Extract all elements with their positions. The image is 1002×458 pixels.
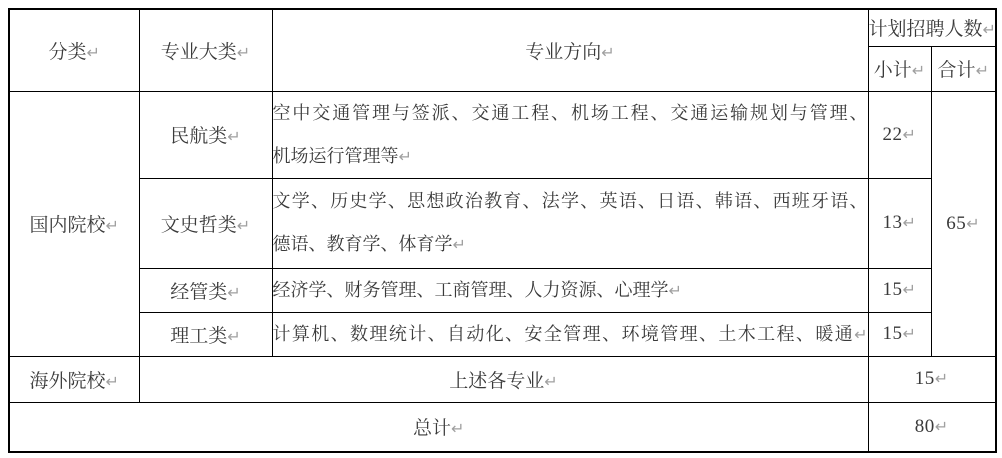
end-of-cell-mark: ↵	[601, 43, 614, 62]
end-of-cell-mark: ↵	[399, 147, 412, 166]
end-of-cell-mark: ↵	[935, 417, 949, 436]
direction-text: 机场运行管理等	[273, 146, 399, 166]
end-of-cell-mark: ↵	[903, 280, 917, 299]
overseas-direction-label: 上述各专业	[449, 371, 544, 392]
cell-subtotal-sci-engineering: 15↵	[868, 312, 931, 356]
end-of-cell-mark: ↵	[237, 43, 250, 62]
cell-directions-civil-aviation: 空中交通管理与签派、交通工程、机场工程、交通运输规划与管理、 机场运行管理等↵	[272, 91, 868, 178]
overseas-headcount-value: 15	[915, 368, 935, 389]
end-of-cell-mark: ↵	[453, 235, 466, 254]
header-cell-subtotal: 小计↵	[868, 46, 931, 91]
header-subtotal-label: 小计	[874, 60, 912, 81]
end-of-cell-mark: ↵	[912, 61, 925, 80]
direction-line: 计算机、数理统计、自动化、安全管理、环境管理、土木工程、暖通↵	[273, 313, 868, 356]
end-of-cell-mark: ↵	[87, 43, 100, 62]
cell-directions-econ-management: 经济学、财务管理、工商管理、人力资源、心理学↵	[272, 268, 868, 312]
header-cell-category: 分类↵	[9, 9, 139, 91]
table-row-econ-management: 经管类↵ 经济学、财务管理、工商管理、人力资源、心理学↵ 15↵	[9, 268, 996, 312]
document-page: 分类↵ 专业大类↵ 专业方向↵ 计划招聘人数↵ 小计↵ 合计↵ 国内院校	[0, 8, 1002, 458]
end-of-cell-mark: ↵	[966, 214, 980, 233]
recruitment-plan-table: 分类↵ 专业大类↵ 专业方向↵ 计划招聘人数↵ 小计↵ 合计↵ 国内院校	[8, 8, 997, 453]
cell-group-sci-engineering: 理工类↵	[139, 312, 272, 356]
header-planned-headcount-label: 计划招聘人数	[869, 19, 983, 40]
group-label: 文史哲类	[161, 215, 237, 236]
end-of-cell-mark: ↵	[227, 327, 240, 346]
header-row-top: 分类↵ 专业大类↵ 专业方向↵ 计划招聘人数↵	[9, 9, 996, 46]
end-of-cell-mark: ↵	[983, 20, 996, 39]
direction-line: 空中交通管理与签派、交通工程、机场工程、交通运输规划与管理、	[273, 92, 868, 135]
table-row-sci-engineering: 理工类↵ 计算机、数理统计、自动化、安全管理、环境管理、土木工程、暖通↵ 15↵	[9, 312, 996, 356]
direction-text: 德语、教育学、体育学	[273, 234, 453, 254]
end-of-cell-mark: ↵	[106, 216, 119, 235]
direction-line: 机场运行管理等↵	[273, 135, 868, 178]
direction-text: 经济学、财务管理、工商管理、人力资源、心理学	[273, 280, 669, 300]
cell-subtotal-civil-aviation: 22↵	[868, 91, 931, 178]
end-of-cell-mark: ↵	[451, 419, 464, 438]
group-label: 民航类	[170, 126, 227, 147]
end-of-cell-mark: ↵	[976, 61, 989, 80]
grand-total-value: 80	[915, 416, 935, 437]
end-of-cell-mark: ↵	[227, 283, 240, 302]
direction-line: 经济学、财务管理、工商管理、人力资源、心理学↵	[273, 269, 868, 312]
direction-line: 文学、历史学、思想政治教育、法学、英语、日语、韩语、西班牙语、	[273, 180, 868, 223]
end-of-cell-mark: ↵	[935, 369, 949, 388]
direction-text: 计算机、数理统计、自动化、安全管理、环境管理、土木工程、暖通	[273, 324, 855, 344]
subtotal-value: 15	[883, 323, 903, 344]
cell-group-civil-aviation: 民航类↵	[139, 91, 272, 178]
cell-group-econ-management: 经管类↵	[139, 268, 272, 312]
table-row-grand-total: 总计↵ 80↵	[9, 402, 996, 452]
cell-directions-humanities: 文学、历史学、思想政治教育、法学、英语、日语、韩语、西班牙语、 德语、教育学、体…	[272, 178, 868, 268]
subtotal-value: 13	[883, 212, 903, 233]
end-of-cell-mark: ↵	[854, 325, 867, 344]
header-total-label: 合计	[938, 60, 976, 81]
subtotal-value: 22	[883, 124, 903, 145]
end-of-cell-mark: ↵	[237, 216, 250, 235]
direction-text: 空中交通管理与签派、交通工程、机场工程、交通运输规划与管理、	[273, 103, 868, 123]
group-label: 经管类	[170, 282, 227, 303]
cell-group-humanities: 文史哲类↵	[139, 178, 272, 268]
header-cell-major-group: 专业大类↵	[139, 9, 272, 91]
header-cell-major-direction: 专业方向↵	[272, 9, 868, 91]
cell-grand-total-headcount: 80↵	[868, 402, 996, 452]
domestic-category-label: 国内院校	[30, 215, 106, 236]
table-row-humanities: 文史哲类↵ 文学、历史学、思想政治教育、法学、英语、日语、韩语、西班牙语、 德语…	[9, 178, 996, 268]
cell-grand-total-label: 总计↵	[9, 402, 868, 452]
header-cell-total: 合计↵	[931, 46, 996, 91]
cell-overseas-headcount: 15↵	[868, 356, 996, 402]
subtotal-value: 15	[883, 279, 903, 300]
direction-text: 文学、历史学、思想政治教育、法学、英语、日语、韩语、西班牙语、	[273, 191, 868, 211]
table-row-civil-aviation: 国内院校↵ 民航类↵ 空中交通管理与签派、交通工程、机场工程、交通运输规划与管理…	[9, 91, 996, 178]
end-of-cell-mark: ↵	[544, 372, 557, 391]
end-of-cell-mark: ↵	[106, 372, 119, 391]
end-of-cell-mark: ↵	[903, 125, 917, 144]
table-row-overseas: 海外院校↵ 上述各专业↵ 15↵	[9, 356, 996, 402]
header-category-label: 分类	[49, 42, 87, 63]
header-cell-planned-headcount: 计划招聘人数↵	[868, 9, 996, 46]
cell-domestic-total: 65↵	[931, 91, 996, 356]
end-of-cell-mark: ↵	[903, 324, 917, 343]
header-major-group-label: 专业大类	[161, 42, 237, 63]
cell-directions-sci-engineering: 计算机、数理统计、自动化、安全管理、环境管理、土木工程、暖通↵	[272, 312, 868, 356]
cell-overseas-direction: 上述各专业↵	[139, 356, 868, 402]
domestic-total-value: 65	[946, 213, 966, 234]
end-of-cell-mark: ↵	[903, 213, 917, 232]
end-of-cell-mark: ↵	[669, 281, 682, 300]
direction-line: 德语、教育学、体育学↵	[273, 223, 868, 266]
cell-domestic-category: 国内院校↵	[9, 91, 139, 356]
header-major-direction-label: 专业方向	[525, 42, 601, 63]
cell-subtotal-humanities: 13↵	[868, 178, 931, 268]
cell-overseas-category: 海外院校↵	[9, 356, 139, 402]
end-of-cell-mark: ↵	[227, 127, 240, 146]
group-label: 理工类	[170, 326, 227, 347]
cell-subtotal-econ-management: 15↵	[868, 268, 931, 312]
overseas-category-label: 海外院校	[30, 371, 106, 392]
grand-total-label: 总计	[413, 418, 451, 439]
